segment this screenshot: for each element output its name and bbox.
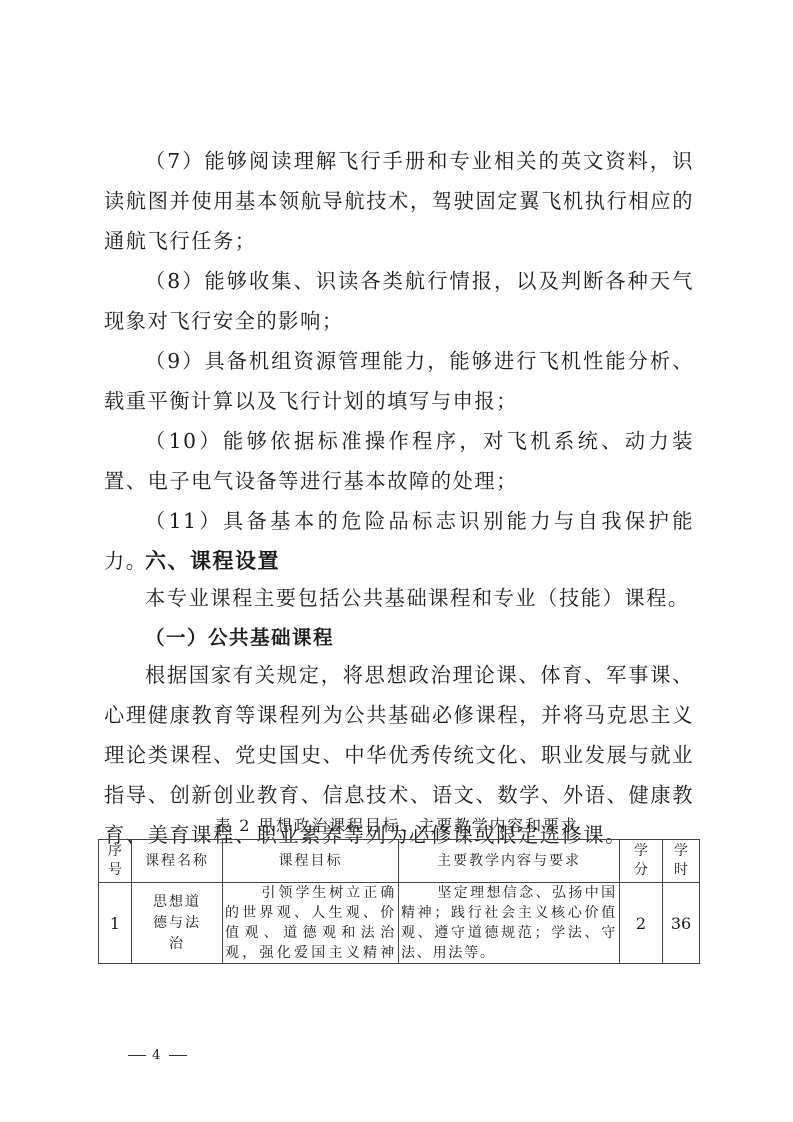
paragraph-item-10: （10）能够依据标准操作程序，对飞机系统、动力装置、电子电气设备等进行基本故障的… [104, 421, 694, 501]
paragraph-item-8: （8）能够收集、识读各类航行情报，以及判断各种天气现象对飞行安全的影响； [104, 261, 694, 341]
cell-goal: 引领学生树立正确的世界观、人生观、价值观、道德观和法治观，强化爱国主义精神和感恩… [223, 883, 399, 964]
header-seq: 序号 [99, 840, 132, 883]
footer-dash-right [169, 1055, 187, 1056]
table-header-row: 序号 课程名称 课程目标 主要教学内容与要求 学分 学时 [99, 840, 700, 883]
table-row: 1 思想道德与法治 引领学生树立正确的世界观、人生观、价值观、道德观和法治观，强… [99, 883, 700, 964]
header-content: 主要教学内容与要求 [399, 840, 620, 883]
document-page: （7）能够阅读理解飞行手册和专业相关的英文资料，识读航图并使用基本领航导航技术，… [0, 0, 793, 1122]
header-hours: 学时 [663, 840, 700, 883]
header-name: 课程名称 [132, 840, 223, 883]
subsection-heading: （一）公共基础课程 [145, 622, 334, 650]
cell-seq: 1 [99, 883, 132, 964]
table-caption: 表 2 思想政治课程目标、主要教学内容和要求 [0, 813, 793, 836]
paragraph-item-7: （7）能够阅读理解飞行手册和专业相关的英文资料，识读航图并使用基本领航导航技术，… [104, 141, 694, 261]
cell-content: 坚定理想信念、弘扬中国精神；践行社会主义核心价值观、遵守道德规范；学法、守法、用… [399, 883, 620, 964]
paragraph-item-9: （9）具备机组资源管理能力，能够进行飞机性能分析、载重平衡计算以及飞行计划的填写… [104, 341, 694, 421]
header-credit: 学分 [620, 840, 663, 883]
cell-credit: 2 [620, 883, 663, 964]
footer-dash-left [128, 1055, 146, 1056]
curriculum-table: 序号 课程名称 课程目标 主要教学内容与要求 学分 学时 1 思想道德与法治 引… [98, 839, 700, 964]
page-number: 4 [152, 1048, 162, 1063]
cell-hours: 36 [663, 883, 700, 964]
page-footer: 4 [128, 1048, 187, 1063]
section-heading: 六、课程设置 [145, 545, 280, 575]
cell-name: 思想道德与法治 [132, 883, 223, 964]
section-intro: 本专业课程主要包括公共基础课程和专业（技能）课程。 [104, 578, 694, 618]
header-goal: 课程目标 [223, 840, 399, 883]
